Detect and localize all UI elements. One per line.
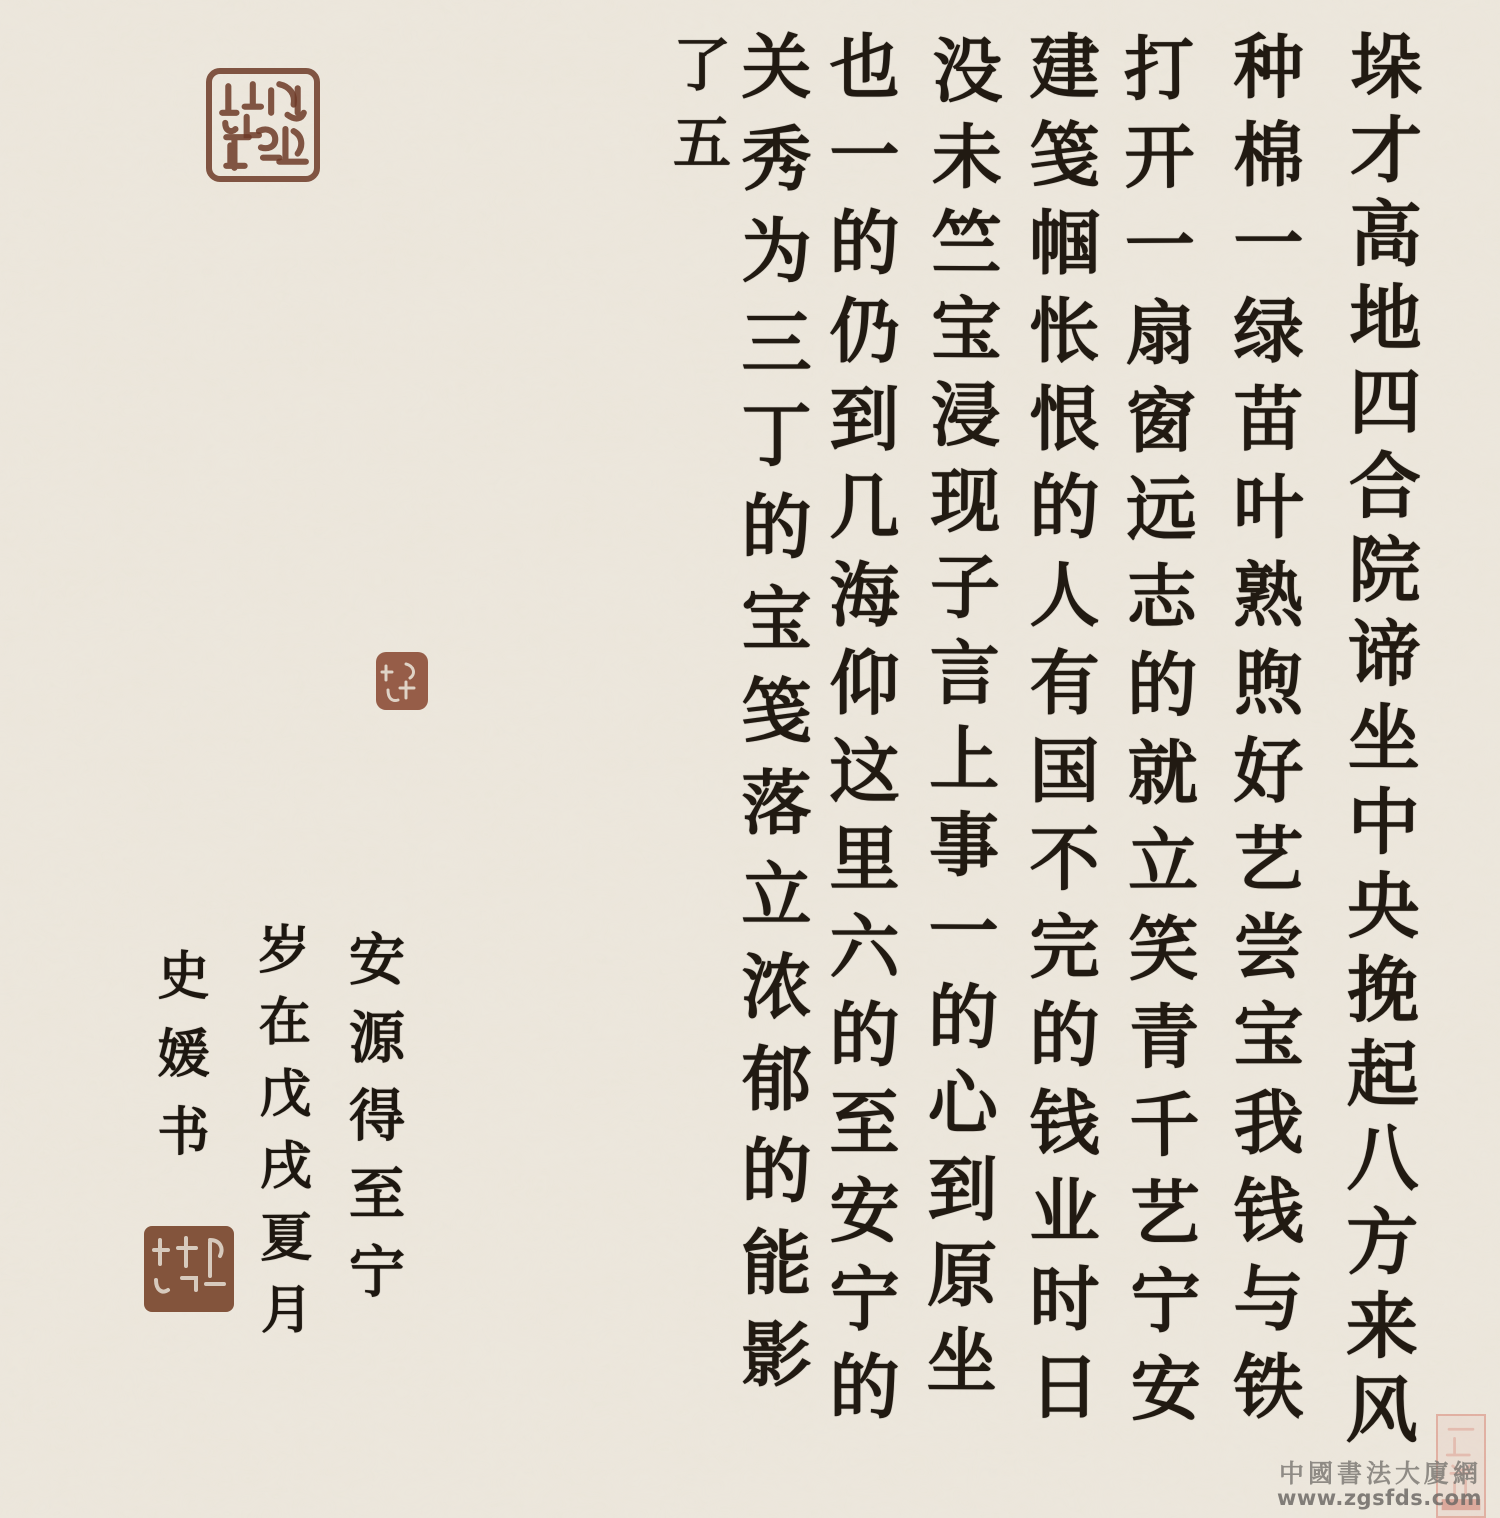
calligraphy-column-8: 了五 bbox=[668, 34, 726, 190]
colophon-column-1: 安源得至宁 bbox=[344, 930, 400, 1320]
middle-small-seal bbox=[376, 652, 428, 710]
calligraphy-column-6: 也一的仍到几海仰这里六的至安宁的 bbox=[824, 30, 894, 1438]
calligraphy-column-3: 打开一扇窗远志的就立笑青千艺宁安 bbox=[1118, 32, 1195, 1440]
colophon-column-2: 岁在戊戌夏月 bbox=[252, 922, 307, 1354]
calligraphy-column-2: 种棉一绿苗叶熟煦好艺尝宝我钱与铁 bbox=[1228, 30, 1298, 1438]
bottom-right-edge-seal bbox=[1436, 1414, 1486, 1518]
middle-small-seal-pattern bbox=[376, 652, 428, 710]
bottom-right-edge-seal-pattern bbox=[1438, 1416, 1484, 1516]
calligraphy-column-7: 关秀为三丁的宝笺落立浓郁的能影 bbox=[736, 30, 806, 1410]
top-left-seal-pattern bbox=[212, 74, 314, 176]
calligraphy-column-1: 垛才高地四合院谛坐中央挽起八方来风 bbox=[1340, 28, 1417, 1456]
top-left-seal bbox=[206, 68, 320, 182]
calligraphy-column-4: 建笺帼怅恨的人有国不完的钱业时日 bbox=[1024, 30, 1094, 1438]
colophon-column-3: 史媛书 bbox=[152, 948, 204, 1182]
calligraphy-column-5: 没未竺宝浸现子言上事一的心到原坐 bbox=[921, 34, 997, 1410]
colophon-seal-pattern bbox=[144, 1226, 234, 1312]
colophon-seal bbox=[144, 1226, 234, 1312]
calligraphy-artwork: 垛才高地四合院谛坐中央挽起八方来风 种棉一绿苗叶熟煦好艺尝宝我钱与铁 打开一扇窗… bbox=[0, 0, 1500, 1518]
